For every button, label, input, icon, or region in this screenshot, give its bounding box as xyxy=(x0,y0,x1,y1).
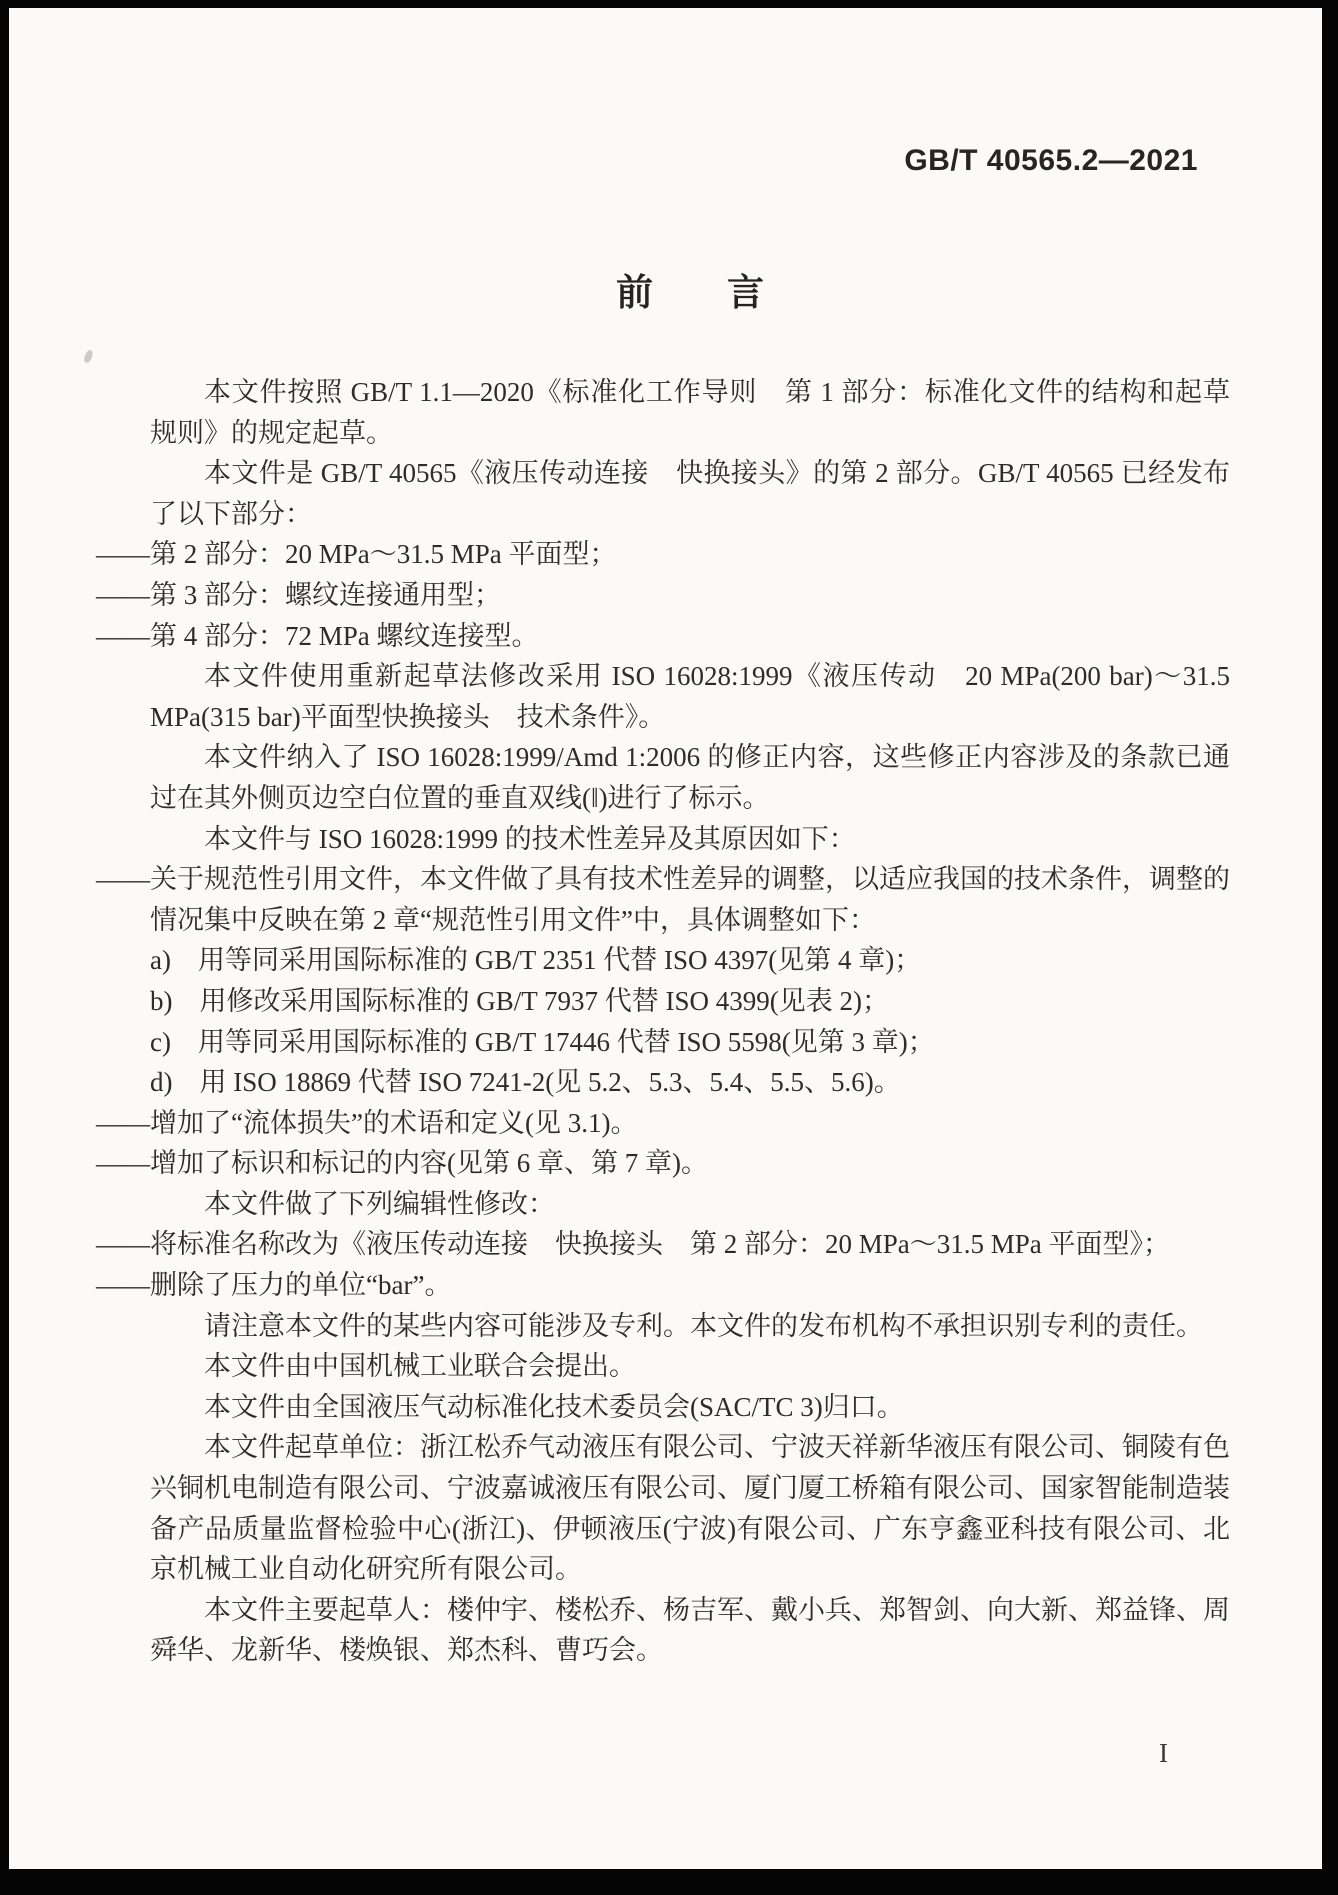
list-item-c: c) 用等同采用国际标准的 GB/T 17446 代替 ISO 5598(见第 … xyxy=(150,1022,1230,1063)
document-body: 本文件按照 GB/T 1.1—2020《标准化工作导则 第 1 部分：标准化文件… xyxy=(150,372,1230,1671)
list-item-part-2: ——第 2 部分：20 MPa～31.5 MPa 平面型； xyxy=(150,534,1230,575)
list-item-removed-bar: ——删除了压力的单位“bar”。 xyxy=(150,1265,1230,1306)
list-item-added-term: ——增加了“流体损失”的术语和定义(见 3.1)。 xyxy=(150,1103,1230,1144)
paragraph-proposed-by: 本文件由中国机械工业联合会提出。 xyxy=(150,1346,1230,1387)
paragraph-amendment: 本文件纳入了 ISO 16028:1999/Amd 1:2006 的修正内容，这… xyxy=(150,737,1230,818)
page-title: 前 言 xyxy=(150,262,1230,316)
list-item-part-3: ——第 3 部分：螺纹连接通用型； xyxy=(150,575,1230,616)
paragraph-under-jurisdiction: 本文件由全国液压气动标准化技术委员会(SAC/TC 3)归口。 xyxy=(150,1387,1230,1428)
list-item-b: b) 用修改采用国际标准的 GB/T 7937 代替 ISO 4399(见表 2… xyxy=(150,981,1230,1022)
standard-code: GB/T 40565.2—2021 xyxy=(904,144,1198,178)
list-item-normative-refs: ——关于规范性引用文件，本文件做了具有技术性差异的调整，以适应我国的技术条件，调… xyxy=(150,859,1230,940)
list-item-d: d) 用 ISO 18869 代替 ISO 7241-2(见 5.2、5.3、5… xyxy=(150,1062,1230,1103)
page-number: I xyxy=(1159,1738,1168,1769)
paragraph-part-of-series: 本文件是 GB/T 40565《液压传动连接 快换接头》的第 2 部分。GB/T… xyxy=(150,453,1230,534)
paragraph-iso-adoption: 本文件使用重新起草法修改采用 ISO 16028:1999《液压传动 20 MP… xyxy=(150,656,1230,737)
paragraph-main-drafters: 本文件主要起草人：楼仲宇、楼松乔、杨吉军、戴小兵、郑智剑、向大新、郑益锋、周舜华… xyxy=(150,1590,1230,1671)
list-item-added-marking: ——增加了标识和标记的内容(见第 6 章、第 7 章)。 xyxy=(150,1143,1230,1184)
paragraph-patent-notice: 请注意本文件的某些内容可能涉及专利。本文件的发布机构不承担识别专利的责任。 xyxy=(150,1306,1230,1347)
scan-artifact xyxy=(83,349,95,364)
paragraph-editorial-intro: 本文件做了下列编辑性修改： xyxy=(150,1184,1230,1225)
list-item-a: a) 用等同采用国际标准的 GB/T 2351 代替 ISO 4397(见第 4… xyxy=(150,940,1230,981)
paragraph-drafting-rule: 本文件按照 GB/T 1.1—2020《标准化工作导则 第 1 部分：标准化文件… xyxy=(150,372,1230,453)
list-item-part-4: ——第 4 部分：72 MPa 螺纹连接型。 xyxy=(150,616,1230,657)
paragraph-differences-intro: 本文件与 ISO 16028:1999 的技术性差异及其原因如下： xyxy=(150,819,1230,860)
list-item-renamed: ——将标准名称改为《液压传动连接 快换接头 第 2 部分：20 MPa～31.5… xyxy=(150,1224,1230,1265)
document-page: GB/T 40565.2—2021 前 言 本文件按照 GB/T 1.1—202… xyxy=(9,8,1322,1869)
paragraph-drafting-units: 本文件起草单位：浙江松乔气动液压有限公司、宁波天祥新华液压有限公司、铜陵有色兴铜… xyxy=(150,1427,1230,1589)
scanned-page: GB/T 40565.2—2021 前 言 本文件按照 GB/T 1.1—202… xyxy=(0,0,1338,1895)
